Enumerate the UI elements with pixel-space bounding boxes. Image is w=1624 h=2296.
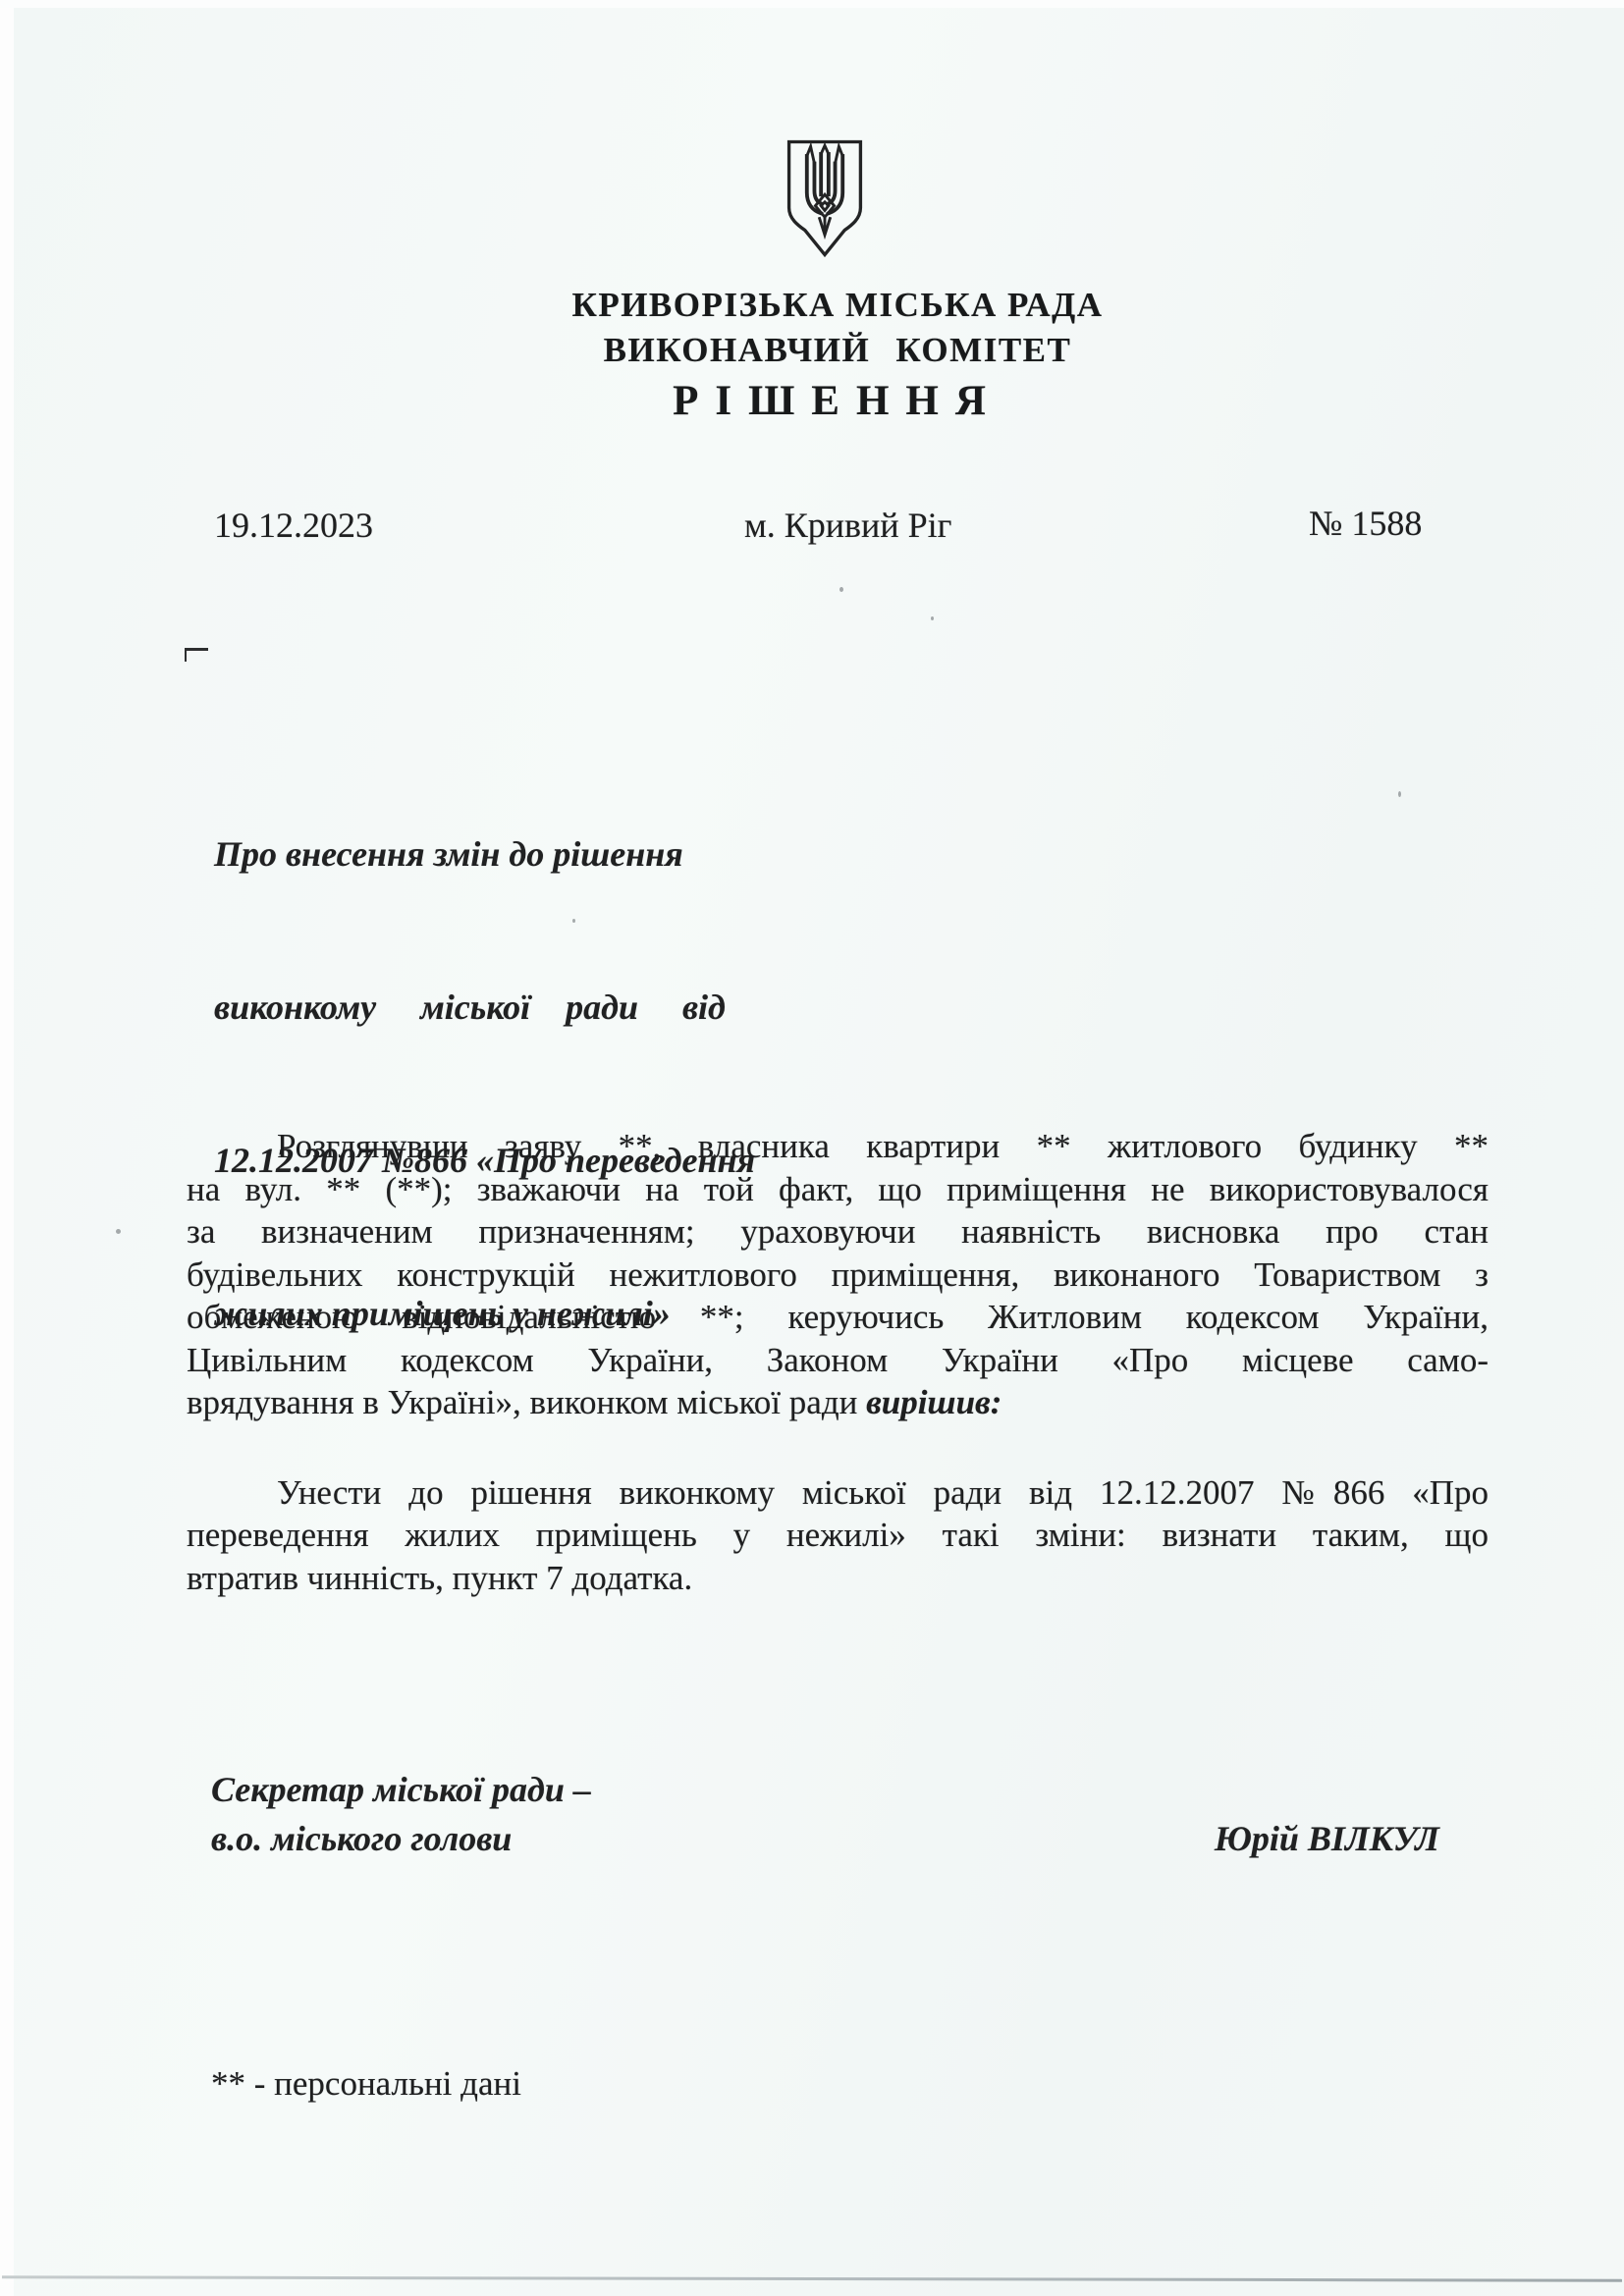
organization-committee: ВИКОНАВЧИЙ КОМІТЕТ: [26, 331, 1624, 370]
body-line: Унести до рішення виконкому міської ради…: [187, 1471, 1489, 1515]
scan-speck: [931, 616, 934, 620]
body-line: обмеженою відповідальністю **; керуючись…: [187, 1296, 1489, 1339]
body-paragraph-2: Унести до рішення виконкому міської ради…: [187, 1471, 1489, 1600]
body-line: втратив чинність, пункт 7 додатка.: [187, 1557, 1489, 1600]
body-line: за визначеним призначенням; ураховуючи н…: [187, 1210, 1489, 1254]
resolution-emphasis: вирішив:: [866, 1383, 1001, 1421]
organization-name: КРИВОРІЗЬКА МІСЬКА РАДА: [26, 286, 1624, 325]
personal-data-footnote: ** - персональні дані: [211, 2064, 521, 2104]
scan-speck: [1398, 791, 1401, 797]
signature-block: Секретар міської ради – в.о. міського го…: [211, 1765, 1439, 1863]
subject-line: Про внесення змін до рішення: [214, 828, 755, 880]
body-line-text: врядування в Україні», виконком міської …: [187, 1383, 866, 1421]
document-number: № 1588: [1309, 503, 1422, 544]
scan-left-margin: [0, 0, 14, 2296]
body-line: Розглянувши заяву **, власника квартири …: [187, 1125, 1489, 1168]
body-paragraph-1: Розглянувши заяву **, власника квартири …: [187, 1125, 1489, 1424]
body-line: будівельних конструкцій нежитлового прим…: [187, 1254, 1489, 1297]
body-line: Цивільним кодексом України, Законом Укра…: [187, 1339, 1489, 1382]
document-body: Розглянувши заяву **, власника квартири …: [187, 1125, 1489, 1599]
scan-speck: [116, 1229, 121, 1234]
signer-name: Юрій ВІЛКУЛ: [1215, 1814, 1439, 1863]
subject-line: виконкому міської ради від: [214, 982, 755, 1033]
ukrainian-trident-emblem-icon: [780, 133, 870, 263]
scan-speck: [839, 587, 843, 592]
corner-mark: [185, 648, 208, 662]
document-date: 19.12.2023: [214, 505, 373, 546]
signer-role-line: Секретар міської ради –: [211, 1765, 1439, 1814]
body-line: на вул. ** (**); зважаючи на той факт, щ…: [187, 1168, 1489, 1211]
body-line: врядування в Україні», виконком міської …: [187, 1381, 1489, 1424]
scan-bottom-edge: [2, 2275, 1622, 2281]
document-place: м. Кривий Ріг: [744, 505, 951, 546]
body-line: переведення жилих приміщень у нежилі» та…: [187, 1514, 1489, 1557]
scan-top-margin: [0, 0, 1624, 8]
scan-speck: [572, 919, 575, 923]
scanned-decision-document: КРИВОРІЗЬКА МІСЬКА РАДА ВИКОНАВЧИЙ КОМІТ…: [0, 0, 1624, 2296]
document-type-title: РІШЕННЯ: [26, 377, 1624, 425]
